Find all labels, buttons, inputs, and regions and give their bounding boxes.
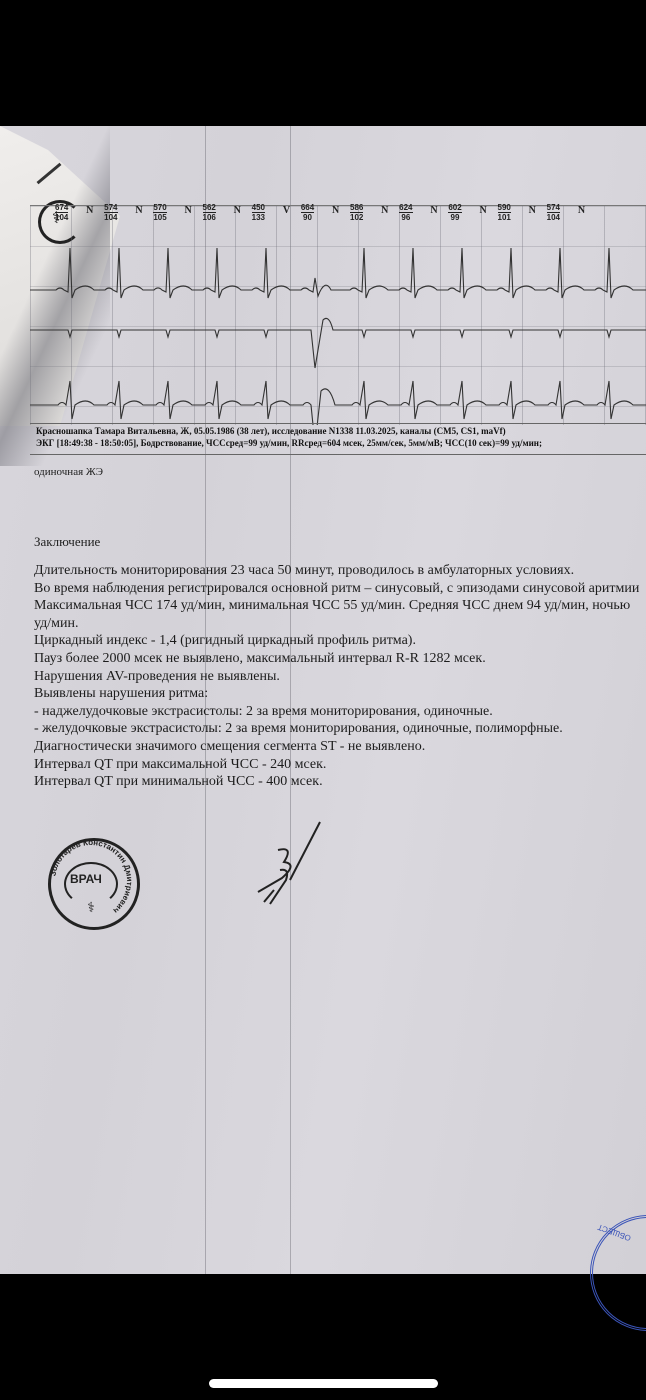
beat-rr-hr: 590101 xyxy=(498,203,511,222)
stamp-ring-text: Золотарев Константин Дмитриевич ⚕ xyxy=(44,834,138,928)
beat-rr-hr: 450133 xyxy=(252,203,265,222)
beat-annotation-row: 674104574104N570105N562106N450133N66490V… xyxy=(55,203,645,237)
ecg-caption: Красношапка Тамара Витальевна, Ж, 05.05.… xyxy=(36,425,646,449)
conclusion-line: - наджелудочковые экстрасистолы: 2 за вр… xyxy=(34,703,646,721)
beat-type-label: N xyxy=(578,205,585,216)
ecg-caption-line1: Красношапка Тамара Витальевна, Ж, 05.05.… xyxy=(36,425,646,437)
conclusion-line: Циркадный индекс - 1,4 (ригидный циркадн… xyxy=(34,632,646,650)
conclusion-text: Длительность мониторирования 23 часа 50 … xyxy=(34,562,646,791)
caduceus-icon: ⚕ xyxy=(87,901,95,916)
ecg-channel-trace xyxy=(30,318,646,368)
conclusion-line: Нарушения AV-проведения не выявлены. xyxy=(34,668,646,686)
conclusion-line: Во время наблюдения регистрировался осно… xyxy=(34,580,646,598)
beat-type-label: N xyxy=(480,205,487,216)
home-indicator[interactable] xyxy=(209,1379,438,1388)
conclusion-line: Диагностически значимого смещения сегмен… xyxy=(34,738,646,756)
beat-rr-hr: 570105 xyxy=(153,203,166,222)
conclusion-line: Интервал QT при минимальной ЧСС - 400 мс… xyxy=(34,773,646,791)
beat-rr-hr: 574104 xyxy=(104,203,117,222)
conclusion-line: Длительность мониторирования 23 часа 50 … xyxy=(34,562,646,580)
ecg-channel-trace xyxy=(30,381,646,425)
beat-type-label: N xyxy=(185,205,192,216)
beat-type-label: N xyxy=(135,205,142,216)
ecg-traces xyxy=(30,235,646,425)
beat-type-label: N xyxy=(381,205,388,216)
beat-type-label: N xyxy=(86,205,93,216)
beat-rr-hr: 62496 xyxy=(399,203,412,222)
beat-rr-hr: 586102 xyxy=(350,203,363,222)
conclusion-line: Максимальная ЧСС 174 уд/мин, минимальная… xyxy=(34,597,646,615)
ecg-caption-line2: ЭКГ [18:49:38 - 18:50:05], Бодрствование… xyxy=(36,437,646,449)
beat-type-label: V xyxy=(283,205,290,216)
conclusion-line: - желудочковые экстрасистолы: 2 за время… xyxy=(34,720,646,738)
event-label: одиночная ЖЭ xyxy=(34,466,103,478)
conclusion-line: уд/мин. xyxy=(34,615,646,633)
beat-rr-hr: 60299 xyxy=(448,203,461,222)
beat-rr-hr: 562106 xyxy=(203,203,216,222)
conclusion-line: Выявлены нарушения ритма: xyxy=(34,685,646,703)
signature xyxy=(250,820,330,910)
conclusion-heading: Заключение xyxy=(34,534,100,550)
ecg-channel-trace xyxy=(30,248,646,298)
conclusion-line: Интервал QT при максимальной ЧСС - 240 м… xyxy=(34,756,646,774)
beat-rr-hr: 574104 xyxy=(547,203,560,222)
beat-type-label: N xyxy=(332,205,339,216)
beat-type-label: N xyxy=(234,205,241,216)
conclusion-line: Пауз более 2000 мсек не выявлено, максим… xyxy=(34,650,646,668)
beat-rr-hr: 674104 xyxy=(55,203,68,222)
beat-type-label: N xyxy=(529,205,536,216)
beat-type-label: N xyxy=(430,205,437,216)
beat-rr-hr: 66490 xyxy=(301,203,314,222)
